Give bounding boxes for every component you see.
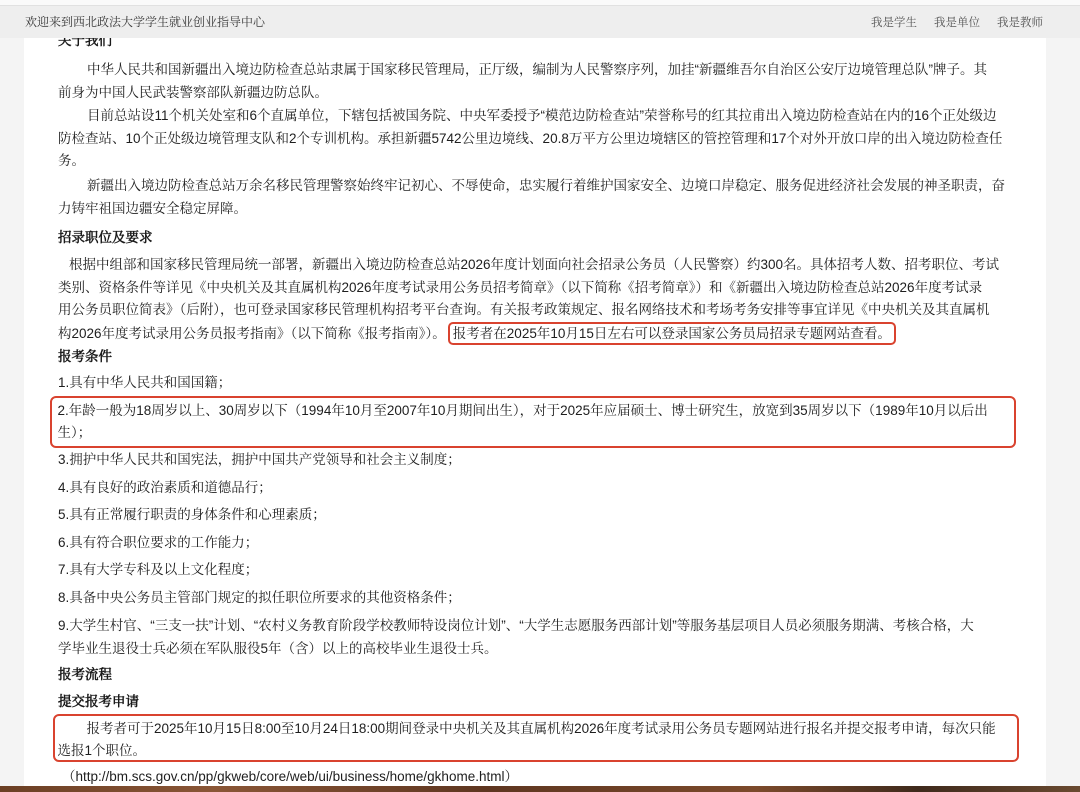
highlighted-condition-item-2: 2.年龄一般为18周岁以上、30周岁以下（1994年10月至2007年10月期间… [50, 396, 1016, 448]
article-content: 关于我们 中华人民共和国新疆出入境边防检查总站隶属于国家移民管理局，正厅级，编制… [0, 0, 1080, 792]
bottom-edge [0, 786, 1080, 792]
condition-item-3: 3.拥护中华人民共和国宪法，拥护中国共产党领导和社会主义制度； [58, 449, 461, 472]
condition-item-8: 8.具备中央公务员主管部门规定的拟任职位所要求的其他资格条件； [58, 587, 461, 610]
nav-link-student[interactable]: 我是学生 [871, 14, 917, 30]
browser-viewport: 欢迎来到西北政法大学学生就业创业指导中心 我是学生 我是单位 我是教师 关于我们… [0, 0, 1080, 792]
site-title: 欢迎来到西北政法大学学生就业创业指导中心 [25, 6, 265, 38]
nav-link-teacher[interactable]: 我是教师 [997, 14, 1043, 30]
highlighted-application-paragraph: 报考者可于2025年10月15日8:00至10月24日18:00期间登录中央机关… [53, 714, 1019, 762]
about-paragraph-1: 中华人民共和国新疆出入境边防检查总站隶属于国家移民管理局，正厅级，编制为人民警察… [58, 59, 987, 104]
section-heading-conditions: 报考条件 [58, 346, 112, 369]
section-heading-process: 报考流程 [58, 664, 112, 687]
condition-item-5: 5.具有正常履行职责的身体条件和心理素质； [58, 504, 326, 527]
recruitment-paragraph: 根据中组部和国家移民管理局统一部署，新疆出入境边防检查总站2026年度计划面向社… [58, 254, 999, 344]
nav-link-employer[interactable]: 我是单位 [934, 14, 980, 30]
top-edge [0, 0, 1080, 6]
condition-item-1: 1.具有中华人民共和国国籍； [58, 372, 231, 395]
about-paragraph-3: 新疆出入境边防检查总站万余名移民管理警察始终牢记初心、不辱使命，忠实履行着维护国… [58, 175, 1005, 220]
condition-item-4: 4.具有良好的政治素质和道德品行； [58, 477, 272, 500]
condition-item-6: 6.具有符合职位要求的工作能力； [58, 532, 258, 555]
recruitment-last-line: 构2026年度考试录用公务员报考指南》（以下简称《报考指南》）。报考者在2025… [58, 322, 999, 345]
condition-item-9: 9.大学生村官、“三支一扶”计划、“农村义务教育阶段学校教师特设岗位计划”、“大… [58, 615, 974, 660]
subheading-submit-application: 提交报考申请 [58, 691, 139, 714]
site-header: 欢迎来到西北政法大学学生就业创业指导中心 我是学生 我是单位 我是教师 [0, 6, 1080, 38]
about-paragraph-2: 目前总站设11个机关处室和6个直属单位，下辖包括被国务院、中央军委授予“模范边防… [58, 105, 1002, 173]
section-heading-recruitment: 招录职位及要求 [58, 227, 153, 250]
site-nav: 我是学生 我是单位 我是教师 [871, 6, 1043, 38]
highlighted-notice: 报考者在2025年10月15日左右可以登录国家公务员局招录专题网站查看。 [448, 322, 896, 345]
condition-item-7: 7.具有大学专科及以上文化程度； [58, 559, 258, 582]
